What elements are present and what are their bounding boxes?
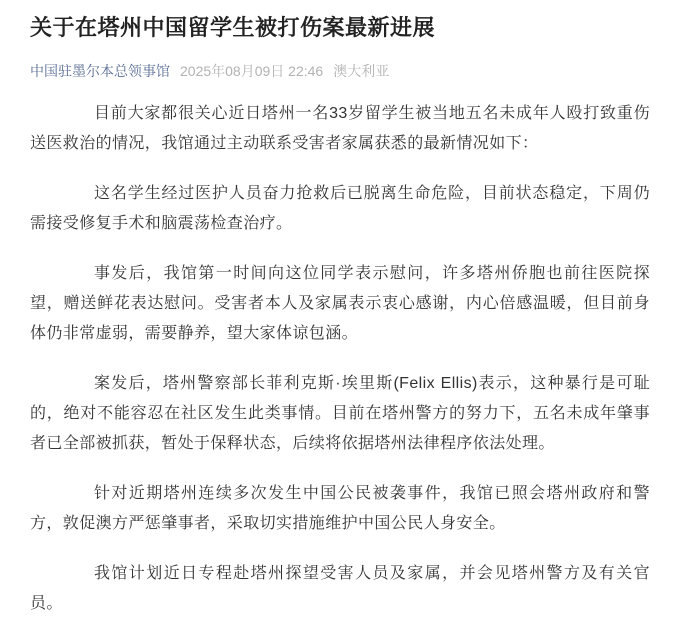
byline: 中国驻墨尔本总领事馆 2025年08月09日 22:46 澳大利亚 [30,61,650,81]
byline-location: 澳大利亚 [333,61,389,81]
article-paragraph: 案发后，塔州警察部长菲利克斯·埃里斯(Felix Ellis)表示，这种暴行是可… [30,369,650,459]
byline-author-link[interactable]: 中国驻墨尔本总领事馆 [30,61,170,81]
byline-date: 2025年08月09日 22:46 [180,61,323,81]
article-paragraph: 我馆计划近日专程赴塔州探望受害人员及家属，并会见塔州警方及有关官员。 [30,559,650,619]
article-paragraph: 目前大家都很关心近日塔州一名33岁留学生被当地五名未成年人殴打致重伤送医救治的情… [30,99,650,159]
article-paragraph: 这名学生经过医护人员奋力抢救后已脱离生命危险，目前状态稳定，下周仍需接受修复手术… [30,179,650,239]
article-paragraph: 针对近期塔州连续多次发生中国公民被袭事件，我馆已照会塔州政府和警方，敦促澳方严惩… [30,479,650,539]
article-title: 关于在塔州中国留学生被打伤案最新进展 [30,13,650,44]
article-paragraph: 事发后，我馆第一时间向这位同学表示慰问，许多塔州侨胞也前往医院探望，赠送鲜花表达… [30,259,650,349]
article-body: 目前大家都很关心近日塔州一名33岁留学生被当地五名未成年人殴打致重伤送医救治的情… [30,99,650,619]
article-page: 关于在塔州中国留学生被打伤案最新进展 中国驻墨尔本总领事馆 2025年08月09… [0,0,681,619]
